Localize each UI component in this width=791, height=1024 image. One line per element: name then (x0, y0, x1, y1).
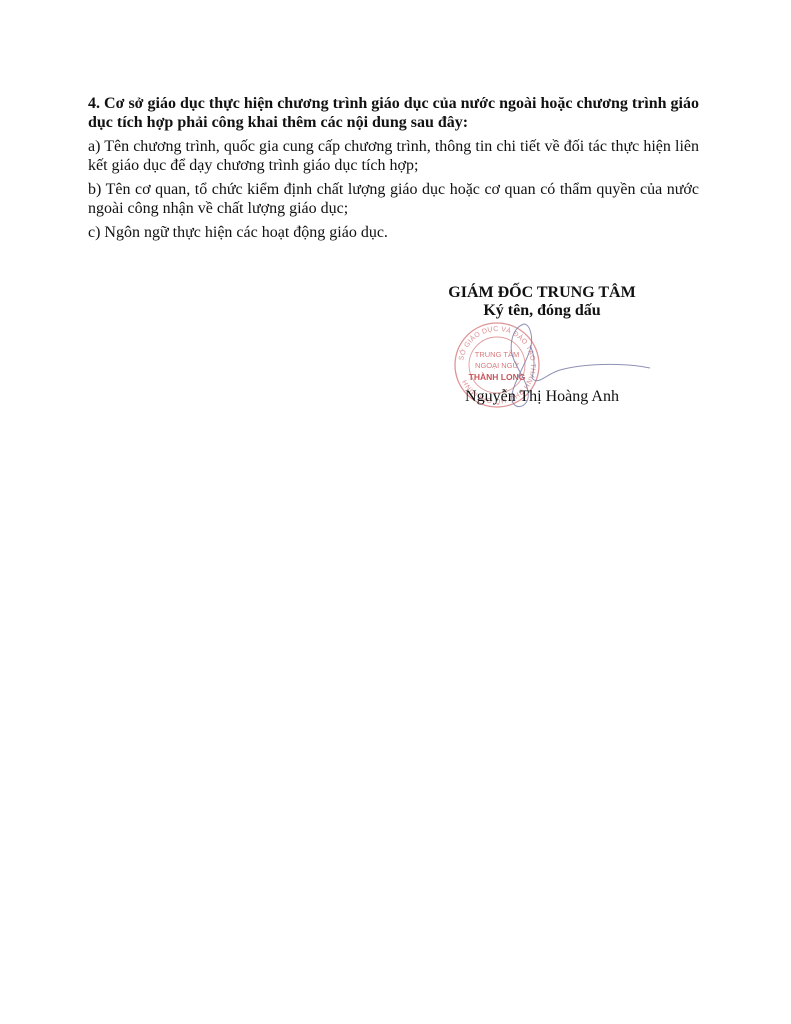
list-item-b: b) Tên cơ quan, tổ chức kiểm định chất l… (88, 180, 699, 218)
section-heading: 4. Cơ sở giáo dục thực hiện chương trình… (88, 94, 699, 132)
signature-block: GIÁM ĐỐC TRUNG TÂM Ký tên, đóng dấu SỞ G… (430, 284, 654, 406)
signatory-title: GIÁM ĐỐC TRUNG TÂM (430, 284, 654, 302)
signature-area: SỞ GIÁO DỤC VÀ ĐÀO TẠO THÀNH PHỐ HỒ CHÍ … (430, 320, 654, 388)
list-item-a: a) Tên chương trình, quốc gia cung cấp c… (88, 137, 699, 175)
list-item-c: c) Ngôn ngữ thực hiện các hoạt động giáo… (88, 223, 699, 242)
signatory-name: Nguyễn Thị Hoàng Anh (430, 388, 654, 406)
document-body: 4. Cơ sở giáo dục thực hiện chương trình… (88, 94, 699, 247)
